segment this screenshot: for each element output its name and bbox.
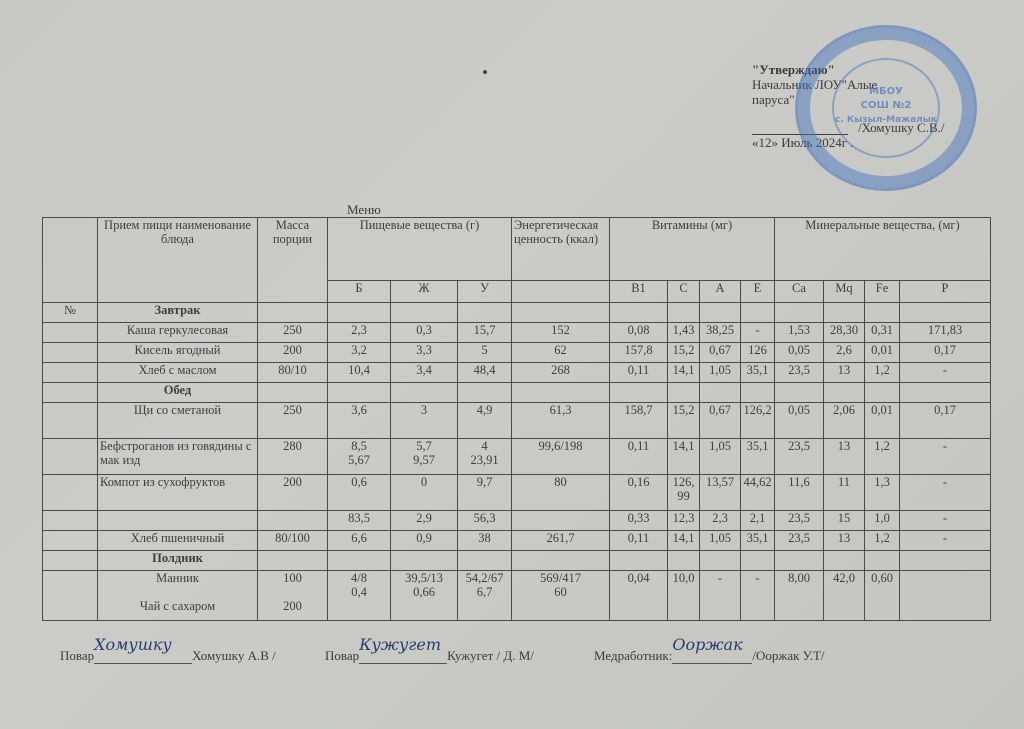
value-energy: 261,7 bbox=[512, 531, 610, 551]
number-cell bbox=[43, 343, 98, 363]
value-zh: 5,79,57 bbox=[391, 439, 458, 475]
value-zh: 0,3 bbox=[391, 323, 458, 343]
value-c: 1,43 bbox=[668, 323, 700, 343]
value-u: 5 bbox=[458, 343, 512, 363]
value-fe: 1,2 bbox=[865, 363, 900, 383]
subheader-cell: У bbox=[458, 281, 512, 303]
header-vitamins: Витамины (мг) bbox=[610, 218, 775, 281]
value-b: 3,6 bbox=[328, 403, 391, 439]
empty-cell bbox=[258, 551, 328, 571]
value-b1: 0,11 bbox=[610, 531, 668, 551]
table-row: Компот из сухофруктов2000,609,7800,16126… bbox=[43, 475, 991, 511]
empty-cell bbox=[391, 551, 458, 571]
subheader-cell: E bbox=[741, 281, 775, 303]
value-u: 4,9 bbox=[458, 403, 512, 439]
dish-name: Каша геркулесовая bbox=[98, 323, 258, 343]
dish-name-text: Кисель ягодный bbox=[100, 343, 255, 357]
header-blank bbox=[43, 218, 98, 303]
approval-block: "Утверждаю" Начальник ЛОУ"Алые паруса" /… bbox=[752, 62, 945, 150]
value-c: 15,2 bbox=[668, 403, 700, 439]
empty-cell bbox=[391, 383, 458, 403]
value-zh: 2,9 bbox=[391, 511, 458, 531]
value-b1: 158,7 bbox=[610, 403, 668, 439]
handwritten-signature: Кужугет bbox=[359, 635, 441, 654]
value-b: 0,6 bbox=[328, 475, 391, 511]
empty-cell bbox=[865, 303, 900, 323]
value-mq: 2,06 bbox=[824, 403, 865, 439]
value-ca: 11,6 bbox=[775, 475, 824, 511]
value-fe: 1,2 bbox=[865, 439, 900, 475]
value-e: 126 bbox=[741, 343, 775, 363]
empty-cell bbox=[512, 551, 610, 571]
dish-name-text: Хлеб пшеничный bbox=[100, 531, 255, 545]
mass-text: 250 bbox=[260, 403, 325, 417]
approval-date: «12» Июль 2024г . bbox=[752, 135, 945, 150]
empty-cell bbox=[458, 303, 512, 323]
value-fe: 0,31 bbox=[865, 323, 900, 343]
value-line: 126, bbox=[670, 475, 697, 489]
value-e: - bbox=[741, 571, 775, 621]
number-cell bbox=[43, 571, 98, 621]
value-ca: 0,05 bbox=[775, 343, 824, 363]
section-row: №Завтрак bbox=[43, 303, 991, 323]
empty-cell bbox=[258, 303, 328, 323]
empty-cell bbox=[824, 303, 865, 323]
value-u: 48,4 bbox=[458, 363, 512, 383]
value-zh: 0 bbox=[391, 475, 458, 511]
signature-role: Медработник: bbox=[594, 648, 672, 663]
value-p: 171,83 bbox=[900, 323, 991, 343]
empty-cell bbox=[865, 383, 900, 403]
value-e: 35,1 bbox=[741, 531, 775, 551]
mass-cell: 250 bbox=[258, 323, 328, 343]
empty-cell bbox=[610, 383, 668, 403]
empty-cell bbox=[824, 551, 865, 571]
value-a: 1,05 bbox=[700, 439, 741, 475]
approval-signer: /Хомушку С.В./ bbox=[858, 120, 945, 135]
value-line: 8,5 bbox=[330, 439, 388, 453]
menu-title: Меню bbox=[347, 202, 381, 218]
value-u: 56,3 bbox=[458, 511, 512, 531]
value-mq: 13 bbox=[824, 531, 865, 551]
value-a: 1,05 bbox=[700, 363, 741, 383]
mass-cell: 80/100 bbox=[258, 531, 328, 551]
empty-cell bbox=[900, 551, 991, 571]
empty-cell bbox=[668, 303, 700, 323]
empty-cell bbox=[610, 551, 668, 571]
value-a: 2,3 bbox=[700, 511, 741, 531]
speck bbox=[483, 70, 487, 74]
empty-cell bbox=[328, 383, 391, 403]
value-zh: 3 bbox=[391, 403, 458, 439]
dish-name bbox=[98, 511, 258, 531]
dish-name-text: Щи со сметаной bbox=[100, 403, 255, 417]
mass-text: 80/10 bbox=[260, 363, 325, 377]
signature-name: Кужугет / Д. М/ bbox=[447, 648, 534, 663]
value-zh: 0,9 bbox=[391, 531, 458, 551]
value-c: 12,3 bbox=[668, 511, 700, 531]
empty-cell bbox=[700, 551, 741, 571]
subheader-cell bbox=[512, 281, 610, 303]
value-energy: 80 bbox=[512, 475, 610, 511]
signature-cook-2: ПоварКужугетКужугет / Д. М/ bbox=[325, 648, 534, 664]
section-title: Полдник bbox=[98, 551, 258, 571]
empty-cell bbox=[900, 303, 991, 323]
value-zh: 3,4 bbox=[391, 363, 458, 383]
value-ca: 23,5 bbox=[775, 363, 824, 383]
value-mq: 28,30 bbox=[824, 323, 865, 343]
value-e: 35,1 bbox=[741, 439, 775, 475]
header-mass: Масса порции bbox=[258, 218, 328, 303]
value-b1: 0,08 bbox=[610, 323, 668, 343]
dish-name: МанникЧай с сахаром bbox=[98, 571, 258, 621]
subheader-cell: C bbox=[668, 281, 700, 303]
dish-name: Компот из сухофруктов bbox=[98, 475, 258, 511]
section-row: Обед bbox=[43, 383, 991, 403]
value-p bbox=[900, 571, 991, 621]
dish-name: Кисель ягодный bbox=[98, 343, 258, 363]
mass-text: 200 bbox=[260, 599, 325, 613]
empty-cell bbox=[512, 303, 610, 323]
value-mq: 11 bbox=[824, 475, 865, 511]
value-ca: 0,05 bbox=[775, 403, 824, 439]
mass-text: 280 bbox=[260, 439, 325, 453]
value-a: 13,57 bbox=[700, 475, 741, 511]
menu-table: Прием пищи наименование блюда Масса порц… bbox=[42, 217, 991, 621]
value-mq: 13 bbox=[824, 439, 865, 475]
signature-line: Кужугет bbox=[359, 649, 447, 664]
table-row: Бефстроганов из говядины с мак изд2808,5… bbox=[43, 439, 991, 475]
table-row: Кисель ягодный2003,23,3562157,815,20,671… bbox=[43, 343, 991, 363]
approval-position: Начальник ЛОУ"Алые bbox=[752, 77, 945, 92]
mass-cell bbox=[258, 511, 328, 531]
subheader-cell: Ж bbox=[391, 281, 458, 303]
value-mq: 42,0 bbox=[824, 571, 865, 621]
empty-cell bbox=[512, 383, 610, 403]
dish-name-text: Хлеб с маслом bbox=[100, 363, 255, 377]
value-energy bbox=[512, 511, 610, 531]
value-c: 10,0 bbox=[668, 571, 700, 621]
value-b: 83,5 bbox=[328, 511, 391, 531]
value-c: 14,1 bbox=[668, 439, 700, 475]
value-u: 38 bbox=[458, 531, 512, 551]
approval-title: "Утверждаю" bbox=[752, 62, 945, 77]
value-b: 3,2 bbox=[328, 343, 391, 363]
number-cell bbox=[43, 439, 98, 475]
dish-name-text: Манник bbox=[100, 571, 255, 585]
value-u: 54,2/676,7 bbox=[458, 571, 512, 621]
value-energy: 569/41760 bbox=[512, 571, 610, 621]
empty-cell bbox=[865, 551, 900, 571]
number-cell bbox=[43, 363, 98, 383]
number-label: № bbox=[43, 303, 98, 323]
signature-name: Хомушку А.В / bbox=[192, 648, 276, 663]
mass-cell: 80/10 bbox=[258, 363, 328, 383]
mass-cell: 100200 bbox=[258, 571, 328, 621]
value-mq: 15 bbox=[824, 511, 865, 531]
dish-name: Бефстроганов из говядины с мак изд bbox=[98, 439, 258, 475]
value-u: 423,91 bbox=[458, 439, 512, 475]
empty-cell bbox=[610, 303, 668, 323]
mass-text: 100 bbox=[260, 571, 325, 585]
value-p: - bbox=[900, 439, 991, 475]
empty-cell bbox=[668, 383, 700, 403]
mass-text: 80/100 bbox=[260, 531, 325, 545]
value-line: 0,66 bbox=[393, 585, 455, 599]
value-u: 15,7 bbox=[458, 323, 512, 343]
value-ca: 1,53 bbox=[775, 323, 824, 343]
value-fe: 0,01 bbox=[865, 343, 900, 363]
header-row: Прием пищи наименование блюда Масса порц… bbox=[43, 218, 991, 281]
value-e: 126,2 bbox=[741, 403, 775, 439]
value-b1: 157,8 bbox=[610, 343, 668, 363]
signature-role: Повар bbox=[325, 648, 359, 663]
mass-text: 200 bbox=[260, 343, 325, 357]
value-p: 0,17 bbox=[900, 343, 991, 363]
section-row: Полдник bbox=[43, 551, 991, 571]
value-line: 5,67 bbox=[330, 453, 388, 467]
value-p: - bbox=[900, 531, 991, 551]
empty-cell bbox=[741, 383, 775, 403]
subheader-cell: Mq bbox=[824, 281, 865, 303]
value-b1: 0,33 bbox=[610, 511, 668, 531]
value-c: 14,1 bbox=[668, 363, 700, 383]
number-cell bbox=[43, 531, 98, 551]
value-b: 8,55,67 bbox=[328, 439, 391, 475]
value-line: 0,4 bbox=[330, 585, 388, 599]
section-title: Завтрак bbox=[98, 303, 258, 323]
subheader-cell: Ca bbox=[775, 281, 824, 303]
value-line: 6,7 bbox=[460, 585, 509, 599]
value-fe: 0,60 bbox=[865, 571, 900, 621]
value-a: 0,67 bbox=[700, 403, 741, 439]
empty-cell bbox=[458, 383, 512, 403]
subheader-cell: Fe bbox=[865, 281, 900, 303]
dish-name-text: Компот из сухофруктов bbox=[100, 475, 255, 489]
empty-cell bbox=[741, 551, 775, 571]
value-p: - bbox=[900, 511, 991, 531]
header-name: Прием пищи наименование блюда bbox=[98, 218, 258, 303]
value-line: 60 bbox=[514, 585, 607, 599]
number-cell bbox=[43, 323, 98, 343]
subheader-cell: B1 bbox=[610, 281, 668, 303]
value-ca: 23,5 bbox=[775, 439, 824, 475]
value-energy: 152 bbox=[512, 323, 610, 343]
empty-cell bbox=[824, 383, 865, 403]
mass-cell: 200 bbox=[258, 343, 328, 363]
value-a: 38,25 bbox=[700, 323, 741, 343]
value-mq: 13 bbox=[824, 363, 865, 383]
value-energy: 268 bbox=[512, 363, 610, 383]
approval-signature-line bbox=[752, 120, 848, 135]
dish-name: Хлеб с маслом bbox=[98, 363, 258, 383]
value-line: 54,2/67 bbox=[460, 571, 509, 585]
value-ca: 8,00 bbox=[775, 571, 824, 621]
subheader-cell: A bbox=[700, 281, 741, 303]
signature-line: Ооржак bbox=[672, 649, 752, 664]
empty-cell bbox=[775, 551, 824, 571]
subheader-cell: Б bbox=[328, 281, 391, 303]
signature-medic: Медработник:Ооржак/Ооржак У.Т/ bbox=[594, 648, 825, 664]
value-e: 2,1 bbox=[741, 511, 775, 531]
handwritten-signature: Ооржак bbox=[672, 635, 742, 654]
dish-name: Хлеб пшеничный bbox=[98, 531, 258, 551]
signature-line: Хомушку bbox=[94, 649, 192, 664]
table-row: Хлеб пшеничный80/1006,60,938261,70,1114,… bbox=[43, 531, 991, 551]
value-c: 126,99 bbox=[668, 475, 700, 511]
empty-cell bbox=[328, 303, 391, 323]
approval-org: паруса" bbox=[752, 92, 945, 107]
subheader-cell: P bbox=[900, 281, 991, 303]
value-line: 39,5/13 bbox=[393, 571, 455, 585]
mass-cell: 280 bbox=[258, 439, 328, 475]
value-line: 99 bbox=[670, 489, 697, 503]
empty-cell bbox=[741, 303, 775, 323]
value-b: 2,3 bbox=[328, 323, 391, 343]
value-ca: 23,5 bbox=[775, 511, 824, 531]
value-fe: 1,0 bbox=[865, 511, 900, 531]
mass-cell: 200 bbox=[258, 475, 328, 511]
empty-cell bbox=[700, 303, 741, 323]
value-a: 0,67 bbox=[700, 343, 741, 363]
value-b1: 0,16 bbox=[610, 475, 668, 511]
value-b1: 0,11 bbox=[610, 439, 668, 475]
number-cell bbox=[43, 403, 98, 439]
empty-cell bbox=[391, 303, 458, 323]
value-c: 15,2 bbox=[668, 343, 700, 363]
value-p: - bbox=[900, 475, 991, 511]
value-e: 44,62 bbox=[741, 475, 775, 511]
value-fe: 1,3 bbox=[865, 475, 900, 511]
value-b1: 0,04 bbox=[610, 571, 668, 621]
number-cell bbox=[43, 551, 98, 571]
section-title: Обед bbox=[98, 383, 258, 403]
dish-name-text: Каша геркулесовая bbox=[100, 323, 255, 337]
signature-name: /Ооржак У.Т/ bbox=[752, 648, 824, 663]
empty-cell bbox=[258, 383, 328, 403]
value-fe: 1,2 bbox=[865, 531, 900, 551]
signature-cook-1: ПоварХомушкуХомушку А.В / bbox=[60, 648, 276, 664]
value-p: - bbox=[900, 363, 991, 383]
value-line: 4 bbox=[460, 439, 509, 453]
value-p: 0,17 bbox=[900, 403, 991, 439]
number-cell bbox=[43, 511, 98, 531]
empty-cell bbox=[458, 551, 512, 571]
mass-text: 200 bbox=[260, 475, 325, 489]
value-line: 569/417 bbox=[514, 571, 607, 585]
mass-cell: 250 bbox=[258, 403, 328, 439]
value-energy: 62 bbox=[512, 343, 610, 363]
empty-cell bbox=[700, 383, 741, 403]
header-minerals: Минеральные вещества, (мг) bbox=[775, 218, 991, 281]
table-row: Хлеб с маслом80/1010,43,448,42680,1114,1… bbox=[43, 363, 991, 383]
empty-cell bbox=[775, 303, 824, 323]
value-mq: 2,6 bbox=[824, 343, 865, 363]
value-e: - bbox=[741, 323, 775, 343]
value-line: 5,7 bbox=[393, 439, 455, 453]
number-cell bbox=[43, 475, 98, 511]
value-energy: 61,3 bbox=[512, 403, 610, 439]
mass-text: 250 bbox=[260, 323, 325, 337]
value-line: 4/8 bbox=[330, 571, 388, 585]
value-line: 9,57 bbox=[393, 453, 455, 467]
value-a: 1,05 bbox=[700, 531, 741, 551]
value-e: 35,1 bbox=[741, 363, 775, 383]
value-a: - bbox=[700, 571, 741, 621]
handwritten-signature: Хомушку bbox=[94, 635, 172, 654]
signature-role: Повар bbox=[60, 648, 94, 663]
table-row: Каша геркулесовая2502,30,315,71520,081,4… bbox=[43, 323, 991, 343]
value-b: 10,4 bbox=[328, 363, 391, 383]
table-row: 83,52,956,30,3312,32,32,123,5151,0- bbox=[43, 511, 991, 531]
value-ca: 23,5 bbox=[775, 531, 824, 551]
empty-cell bbox=[900, 383, 991, 403]
dish-name-text: Бефстроганов из говядины с мак изд bbox=[100, 439, 255, 467]
empty-cell bbox=[668, 551, 700, 571]
value-c: 14,1 bbox=[668, 531, 700, 551]
dish-name-text: Чай с сахаром bbox=[100, 599, 255, 613]
header-energy: Энергетическая ценность (ккал) bbox=[512, 218, 610, 281]
value-u: 9,7 bbox=[458, 475, 512, 511]
value-zh: 3,3 bbox=[391, 343, 458, 363]
value-line: 23,91 bbox=[460, 453, 509, 467]
value-fe: 0,01 bbox=[865, 403, 900, 439]
value-energy: 99,6/198 bbox=[512, 439, 610, 475]
empty-cell bbox=[775, 383, 824, 403]
value-b: 6,6 bbox=[328, 531, 391, 551]
value-b1: 0,11 bbox=[610, 363, 668, 383]
empty-cell bbox=[328, 551, 391, 571]
dish-name: Щи со сметаной bbox=[98, 403, 258, 439]
table-row: Щи со сметаной2503,634,961,3158,715,20,6… bbox=[43, 403, 991, 439]
value-zh: 39,5/130,66 bbox=[391, 571, 458, 621]
table-row: МанникЧай с сахаром1002004/80,439,5/130,… bbox=[43, 571, 991, 621]
value-b: 4/80,4 bbox=[328, 571, 391, 621]
number-cell bbox=[43, 383, 98, 403]
header-nutrients: Пищевые вещества (г) bbox=[328, 218, 512, 281]
